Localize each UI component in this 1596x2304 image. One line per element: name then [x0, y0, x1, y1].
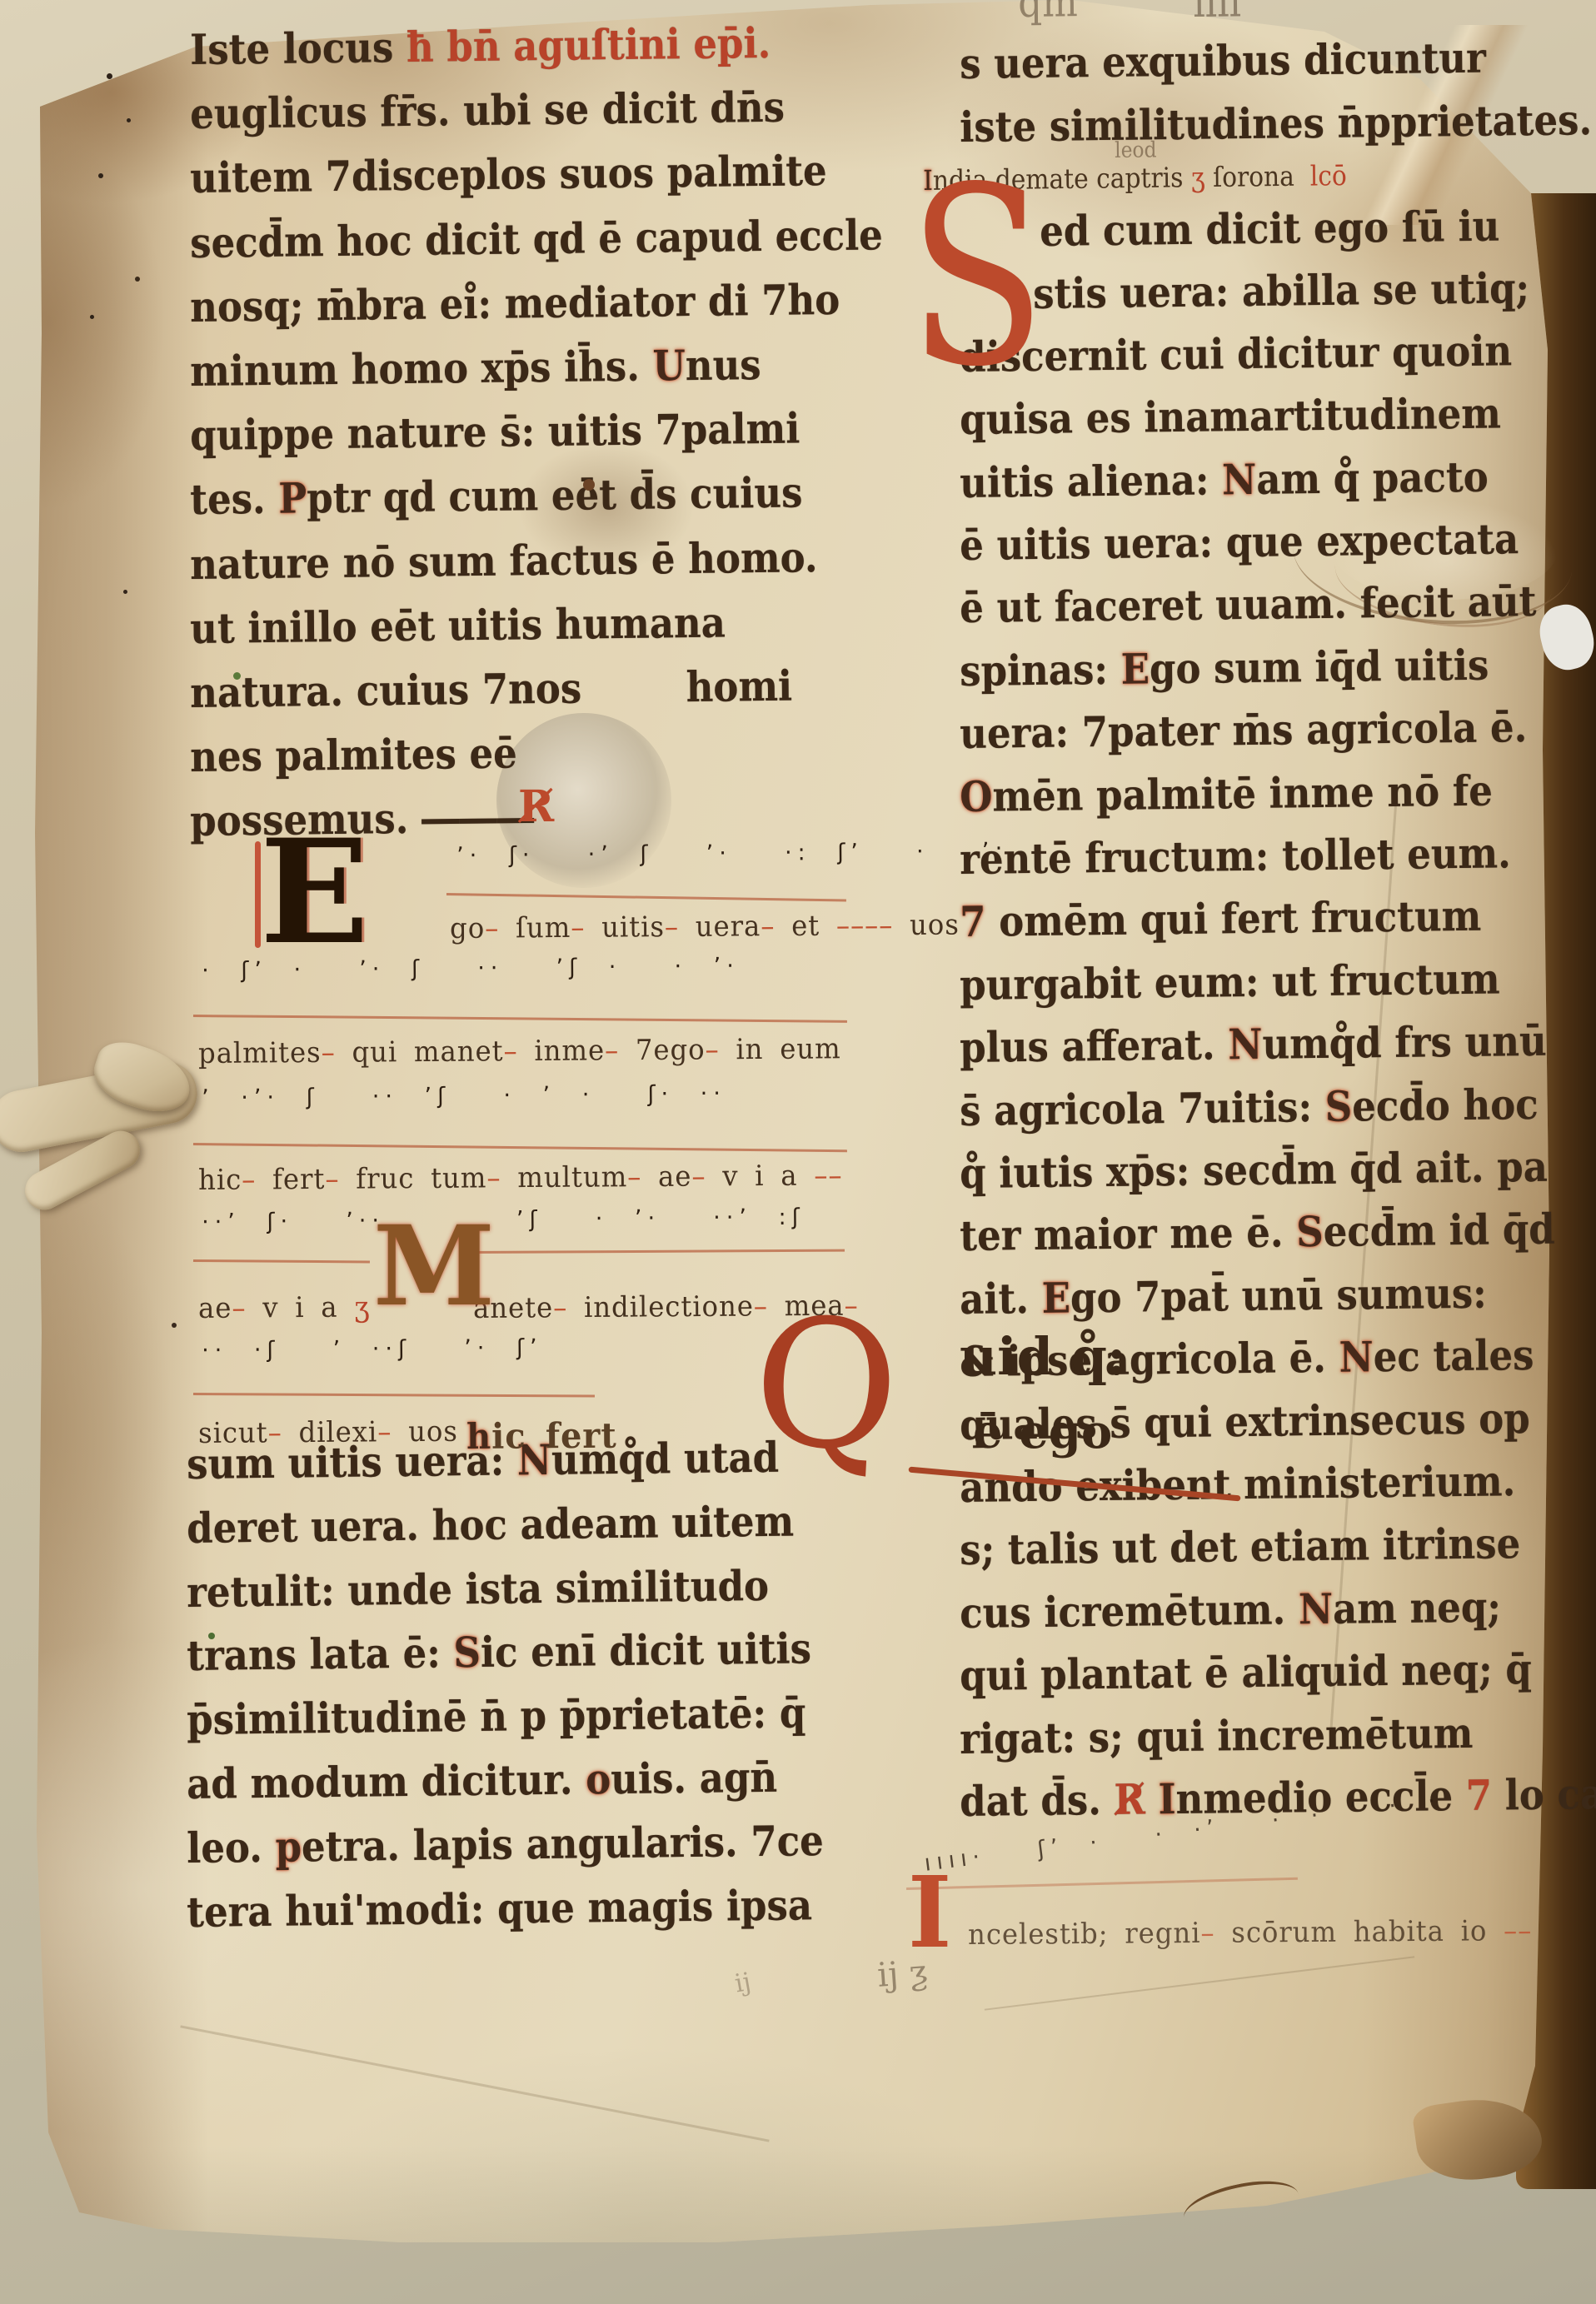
left-column-line: euglicus fr̄s. ubi se dicit dn̄s	[190, 87, 785, 135]
chant-text-line: go– ſum– uitis– uera– et –––– uos	[450, 911, 960, 943]
chant-text-line: sicut– dilexi– uos	[198, 1418, 458, 1448]
left-column-line: minum homo xp̄s ih̄s. Unus	[190, 344, 761, 392]
initial-m: M	[373, 1223, 495, 1311]
right-column-line: ē uitis uera: que expectata	[960, 518, 1519, 566]
right-column-line: ter maior me ē. Secd̄m id q̄d	[960, 1209, 1555, 1257]
right-column-line: cus icremētum. Nam neq;	[960, 1586, 1501, 1634]
right-column-line: rentē fructum: tollet eum.	[960, 832, 1511, 880]
left-column-line: secd̄m hoc dicit qd ē capud eccle	[190, 214, 883, 264]
chant-text-line: ncelestib; regni– scōrum habita io ––	[968, 1917, 1532, 1949]
right-column-line: ando exibent ministerium.	[960, 1460, 1516, 1509]
initial-e: E	[260, 835, 369, 950]
left-column-line: deret uera. hoc adeam uitem	[187, 1500, 794, 1548]
ink-speck	[98, 173, 103, 178]
right-column-line: ed cum dicit ego ſū iu	[1040, 206, 1500, 252]
responsory-mark: R̸	[518, 781, 554, 832]
right-column-line: rigat: s; qui incremētum	[960, 1712, 1474, 1759]
chant-text-line: ae– v i a ʒ	[198, 1293, 371, 1323]
right-column-top-fragment: iiii	[1193, 0, 1241, 23]
right-column-top-fragment: qm	[1018, 0, 1078, 23]
right-column-line: iste similitudines n̄pprietates.	[960, 99, 1592, 148]
initial-i: I	[908, 1874, 951, 1952]
right-column-line: s̄ agricola 7uitis: Secd̄o hoc	[960, 1084, 1539, 1132]
left-column-line: p̄similitudinē n̄ p p̄prietatē: q̄	[187, 1693, 805, 1742]
left-column-line: ad modum dicitur. ouis. agn̄	[187, 1757, 777, 1805]
right-column-line: uera: 7pater m̄s agricola ē.	[960, 706, 1528, 755]
manuscript-photo: Iste locus ħ bn̄ aguſtini ep̄i.euglicus …	[0, 0, 1596, 2304]
left-column-line: nature nō sum factus ē homo.	[190, 536, 818, 586]
right-column-line: plus afferat. Numq̊d frs unū	[960, 1020, 1547, 1069]
left-column-line: quippe nature s̄: uitis 7palmi	[190, 408, 800, 457]
left-column-line: leo. petra. lapis angularis. 7ce	[187, 1820, 824, 1869]
neume-row: ·· ·ʃ ʼ ··ʃ ʼ· ʃʼ	[202, 1334, 543, 1364]
ink-speck	[107, 73, 112, 79]
left-column-line: nes palmites eē	[190, 733, 517, 779]
left-column-line: trans lata ē: Sic enī dicit uitis	[187, 1628, 811, 1678]
chant-text-line: hic fert	[466, 1419, 617, 1454]
neume-row: ʼ· ʃ· ·ʼ ʃ ʼ· ·: ʃʼ · ʼ:	[456, 838, 1009, 869]
ink-speck	[583, 479, 595, 491]
right-column-line: ē ut faceret uuam. fecit aūt	[960, 581, 1537, 629]
initial-q: Q	[751, 1311, 902, 1459]
left-column-line: natura. cuius 7nos homi	[190, 666, 792, 714]
right-column-line: uitis aliena: Nam q̊ pacto	[960, 456, 1489, 503]
initial-s: S	[908, 179, 1046, 376]
q-initial-text-top: uid q̊:	[960, 1326, 1126, 1387]
left-column-line: tera hui'modi: que magis ipsa	[187, 1884, 812, 1933]
right-column-line: qui plantat ē aliquid neq; q̄	[960, 1648, 1532, 1697]
left-column-line: tes. Pptr qd cum eēt d̄s cuius	[190, 472, 803, 521]
interlinear-gloss: leod	[1115, 139, 1157, 162]
right-column-line: stis uera: abilla se utiq;	[1033, 267, 1529, 315]
right-column-line: 7 omēm qui fert fructum	[960, 895, 1481, 943]
right-column-line: Omēn palmitē inme nō fe	[960, 770, 1493, 817]
right-column-line: s; talis ut det etiam itrinse	[960, 1524, 1520, 1572]
right-column-line: spinas: Ego sum iq̄d uitis	[960, 644, 1489, 691]
ink-speck	[135, 277, 140, 282]
ink-speck	[208, 1633, 215, 1639]
left-column-line: nosq; m̄bra ei̊: mediator di 7ho	[190, 279, 840, 328]
q-initial-text-bottom: ē ego	[973, 1404, 1112, 1459]
chant-text-line: palmites– qui manet– inme– 7ego– in eum	[198, 1035, 841, 1068]
left-column-line: uitem 7disceplos suos palmite	[190, 150, 827, 199]
ink-speck	[123, 590, 127, 594]
right-column-line: s uera exquibus dicuntur	[960, 37, 1486, 85]
neume-row: ʼ ·ʼ· ʃ ·· ʼʃ · ʼ · ʃ· ··	[202, 1081, 726, 1111]
ink-speck	[90, 315, 94, 319]
right-column-line: purgabit eum: ut fructum	[960, 958, 1500, 1006]
right-column-line: ait. Ego 7pat̄ unū sumus:	[960, 1272, 1487, 1319]
ink-speck	[233, 672, 241, 680]
ink-speck	[172, 1323, 177, 1328]
left-column-line: retulit: unde ista similitudo	[187, 1564, 769, 1613]
right-column-line: q̊ iutis xp̄s: secd̄m q̄d ait. pa	[960, 1146, 1548, 1194]
left-column-line: Iste locus ħ bn̄ aguſtini ep̄i.	[190, 22, 771, 71]
ink-speck	[127, 118, 131, 122]
neume-row: ··ʼ ʃ· ʼ·· ʼʃ · ʼ· ··ʼ :ʃ	[202, 1204, 805, 1235]
chant-text-line: hic– fert– fruc tum– multum– ae– v i a –…	[198, 1161, 843, 1194]
left-column-line: ut inillo eēt uitis humana	[190, 601, 726, 649]
